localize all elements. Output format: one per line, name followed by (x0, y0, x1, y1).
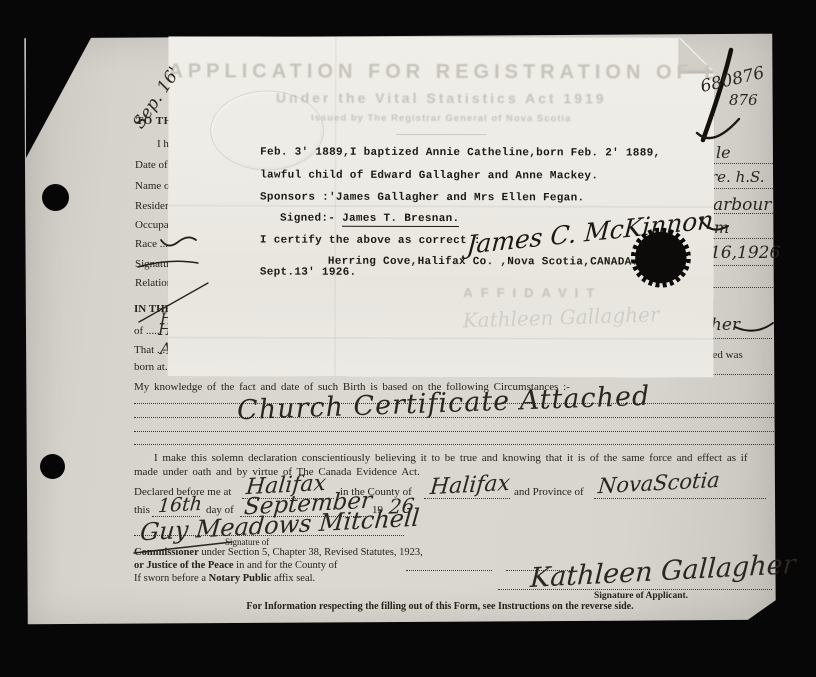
pen-marks-overlay (0, 0, 816, 677)
handwriting-tail-stroke (735, 323, 773, 331)
commissioner-strike-mark (134, 542, 232, 553)
file-number-secondary-handwriting: 876 (729, 91, 758, 109)
pen-curve-mark (700, 218, 728, 230)
race-field-squiggle (161, 237, 196, 245)
scanned-birth-registration-document: TO THE REG I her Date of Birth Name of F… (0, 0, 816, 677)
signature-field-stroke (138, 261, 198, 267)
stray-pen-line (139, 283, 208, 322)
